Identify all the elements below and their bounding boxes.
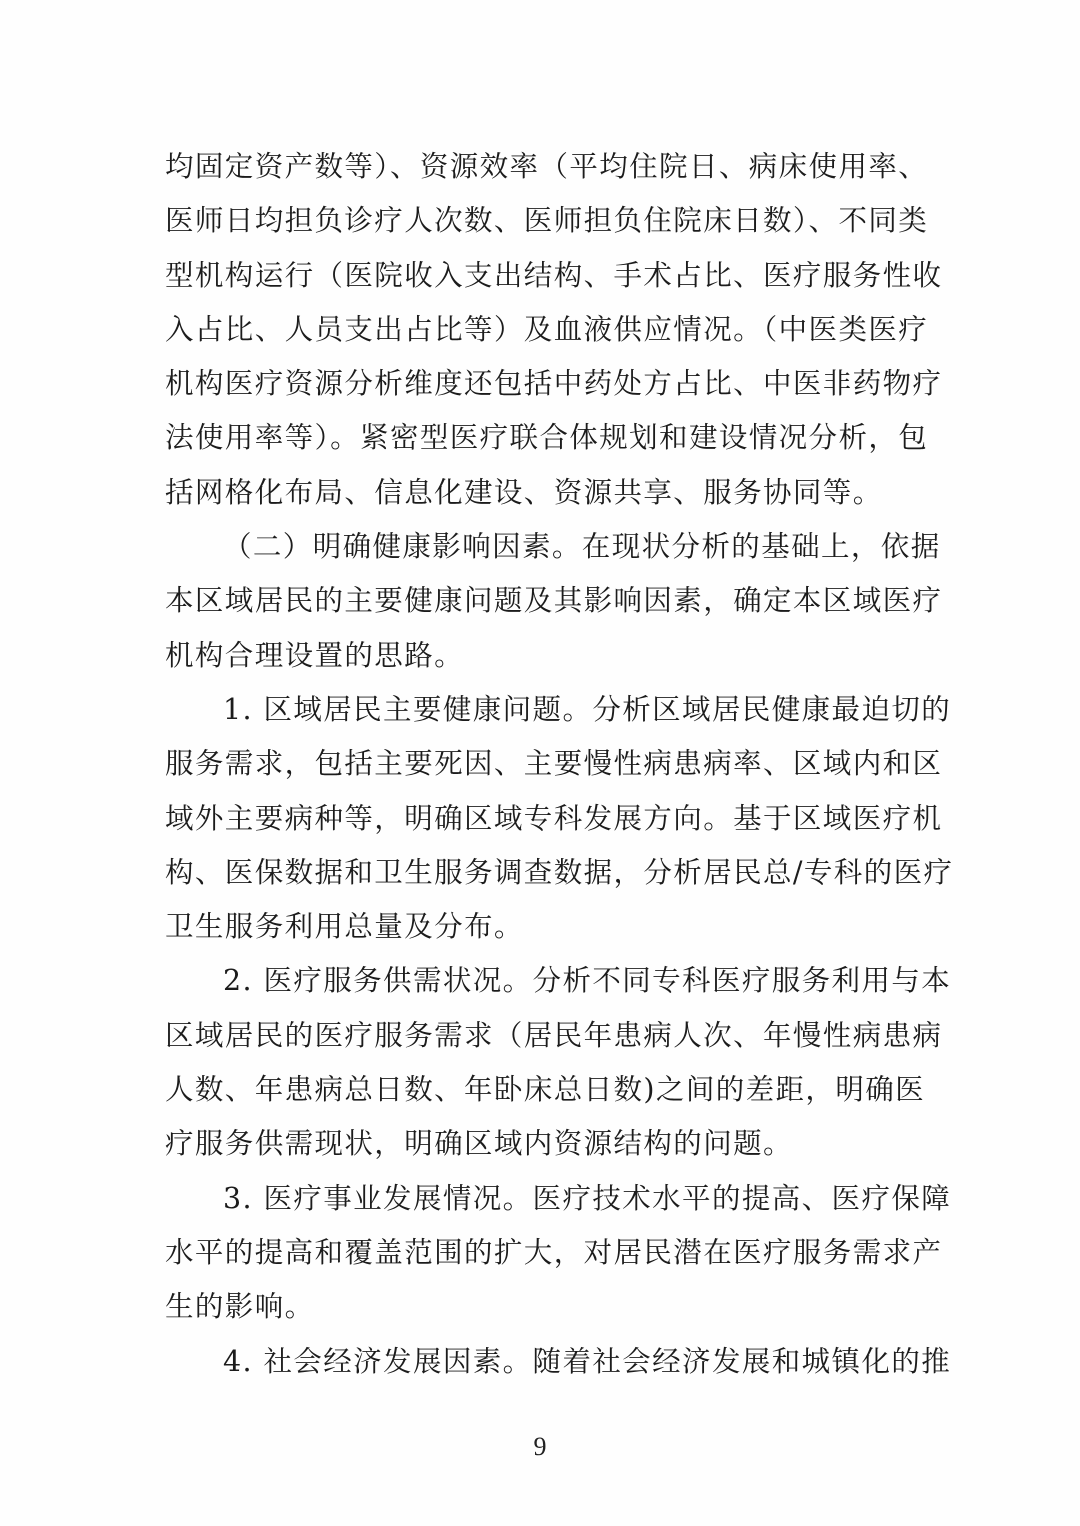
numbered-item-1: 1. 区域居民主要健康问题。分析区域居民健康最迫切的 [165, 683, 917, 737]
text-line: 域外主要病种等，明确区域专科发展方向。基于区域医疗机 [165, 792, 917, 846]
page-number: 9 [0, 1432, 1080, 1462]
body-text: 均固定资产数等）、资源效率（平均住院日、病床使用率、 医师日均担负诊疗人次数、医… [165, 140, 917, 1389]
text-line: 本区域居民的主要健康问题及其影响因素，确定本区域医疗 [165, 574, 917, 628]
numbered-item-2: 2. 医疗服务供需状况。分析不同专科医疗服务利用与本 [165, 954, 917, 1008]
text-line: 构、医保数据和卫生服务调查数据，分析居民总/专科的医疗 [165, 846, 917, 900]
text-line: 区域居民的医疗服务需求（居民年患病人次、年慢性病患病 [165, 1009, 917, 1063]
numbered-item-4: 4. 社会经济发展因素。随着社会经济发展和城镇化的推 [165, 1335, 917, 1389]
text-line: 入占比、人员支出占比等）及血液供应情况。（中医类医疗 [165, 303, 917, 357]
text-line: 机构合理设置的思路。 [165, 629, 917, 683]
text-line: 服务需求，包括主要死因、主要慢性病患病率、区域内和区 [165, 737, 917, 791]
text-line: 疗服务供需现状，明确区域内资源结构的问题。 [165, 1117, 917, 1171]
text-line: 法使用率等）。紧密型医疗联合体规划和建设情况分析，包 [165, 411, 917, 465]
text-line: 人数、年患病总日数、年卧床总日数)之间的差距，明确医 [165, 1063, 917, 1117]
text-line: 医师日均担负诊疗人次数、医师担负住院床日数）、不同类 [165, 194, 917, 248]
text-line: 型机构运行（医院收入支出结构、手术占比、医疗服务性收 [165, 249, 917, 303]
text-line: 生的影响。 [165, 1280, 917, 1334]
text-line: 均固定资产数等）、资源效率（平均住院日、病床使用率、 [165, 140, 917, 194]
section-heading-line: （二）明确健康影响因素。在现状分析的基础上，依据 [165, 520, 917, 574]
text-line: 卫生服务利用总量及分布。 [165, 900, 917, 954]
numbered-item-3: 3. 医疗事业发展情况。医疗技术水平的提高、医疗保障 [165, 1172, 917, 1226]
text-line: 括网格化布局、信息化建设、资源共享、服务协同等。 [165, 466, 917, 520]
text-line: 机构医疗资源分析维度还包括中药处方占比、中医非药物疗 [165, 357, 917, 411]
document-page: 均固定资产数等）、资源效率（平均住院日、病床使用率、 医师日均担负诊疗人次数、医… [0, 0, 1080, 1526]
text-line: 水平的提高和覆盖范围的扩大，对居民潜在医疗服务需求产 [165, 1226, 917, 1280]
